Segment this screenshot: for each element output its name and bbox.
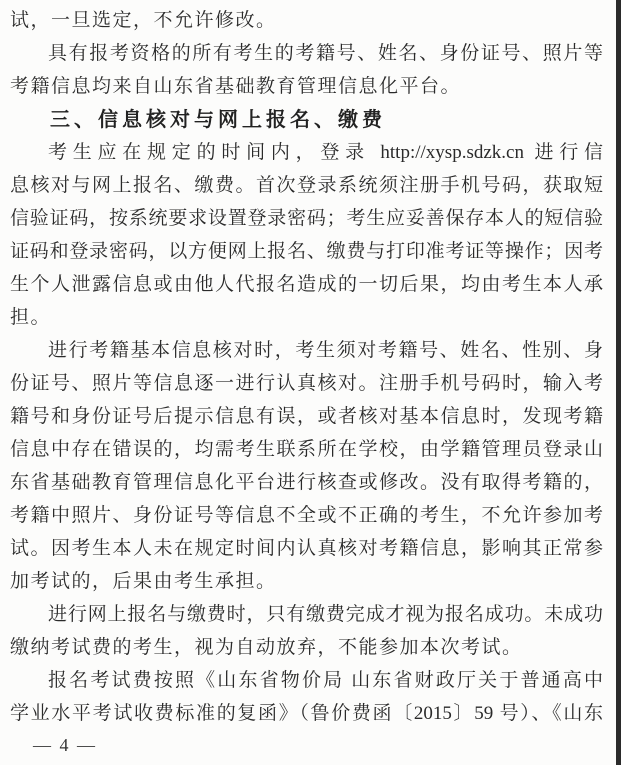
text-line: 考生应在规定的时间内，登录 http://xysp.sdzk.cn 进行信 — [10, 136, 603, 169]
paragraph: 进行网上报名与缴费时，只有缴费完成才视为报名成功。未成功缴纳考试费的考生，视为自… — [10, 598, 603, 664]
scan-edge-border — [616, 0, 621, 765]
text-line: 担。 — [10, 301, 603, 334]
text-line: 信验证码，按系统要求设置登录密码；考生应妥善保存本人的短信验 — [10, 202, 603, 235]
text-line: 试，一旦选定，不允许修改。 — [10, 4, 603, 37]
text-line: 考籍信息均来自山东省基础教育管理信息化平台。 — [10, 70, 603, 103]
text-line: 籍号和身份证号后提示信息有误，或者核对基本信息时，发现考籍 — [10, 400, 603, 433]
text-line: 缴纳考试费的考生，视为自动放弃，不能参加本次考试。 — [10, 631, 603, 664]
document-content: 试，一旦选定，不允许修改。具有报考资格的所有考生的考籍号、姓名、身份证号、照片等… — [10, 4, 603, 730]
paragraph: 试，一旦选定，不允许修改。 — [10, 4, 603, 37]
text-line: 东省基础教育管理信息化平台进行核查或修改。没有取得考籍的， — [10, 466, 603, 499]
text-line: 报名考试费按照《山东省物价局 山东省财政厅关于普通高中 — [10, 664, 603, 697]
text-line: 具有报考资格的所有考生的考籍号、姓名、身份证号、照片等 — [10, 37, 603, 70]
text-line: 学业水平考试收费标准的复函》（鲁价费函〔2015〕59 号）、《山东 — [10, 697, 603, 730]
paragraph: 进行考籍基本信息核对时，考生须对考籍号、姓名、性别、身份证号、照片等信息逐一进行… — [10, 334, 603, 598]
page-number: — 4 — — [33, 735, 97, 755]
paragraph: 具有报考资格的所有考生的考籍号、姓名、身份证号、照片等考籍信息均来自山东省基础教… — [10, 37, 603, 103]
text-line: 证码和登录密码，以方便网上报名、缴费与打印准考证等操作；因考 — [10, 235, 603, 268]
text-line: 试。因考生本人未在规定时间内认真核对考籍信息，影响其正常参 — [10, 532, 603, 565]
text-line: 进行考籍基本信息核对时，考生须对考籍号、姓名、性别、身 — [10, 334, 603, 367]
document-page: 试，一旦选定，不允许修改。具有报考资格的所有考生的考籍号、姓名、身份证号、照片等… — [0, 0, 621, 765]
heading-text-line: 三、信息核对与网上报名、缴费 — [10, 103, 603, 136]
page-footer: — 4 — — [33, 733, 97, 757]
section-heading: 三、信息核对与网上报名、缴费 — [10, 103, 603, 136]
paragraph: 报名考试费按照《山东省物价局 山东省财政厅关于普通高中学业水平考试收费标准的复函… — [10, 664, 603, 730]
text-line: 加考试的，后果由考生承担。 — [10, 565, 603, 598]
text-line: 息核对与网上报名、缴费。首次登录系统须注册手机号码，获取短 — [10, 169, 603, 202]
text-line: 份证号、照片等信息逐一进行认真核对。注册手机号码时，输入考 — [10, 367, 603, 400]
text-line: 考籍中照片、身份证号等信息不全或不正确的考生，不允许参加考 — [10, 499, 603, 532]
text-line: 生个人泄露信息或由他人代报名造成的一切后果，均由考生本人承 — [10, 268, 603, 301]
text-line: 进行网上报名与缴费时，只有缴费完成才视为报名成功。未成功 — [10, 598, 603, 631]
text-line: 信息中存在错误的，均需考生联系所在学校，由学籍管理员登录山 — [10, 433, 603, 466]
paragraph: 考生应在规定的时间内，登录 http://xysp.sdzk.cn 进行信息核对… — [10, 136, 603, 334]
